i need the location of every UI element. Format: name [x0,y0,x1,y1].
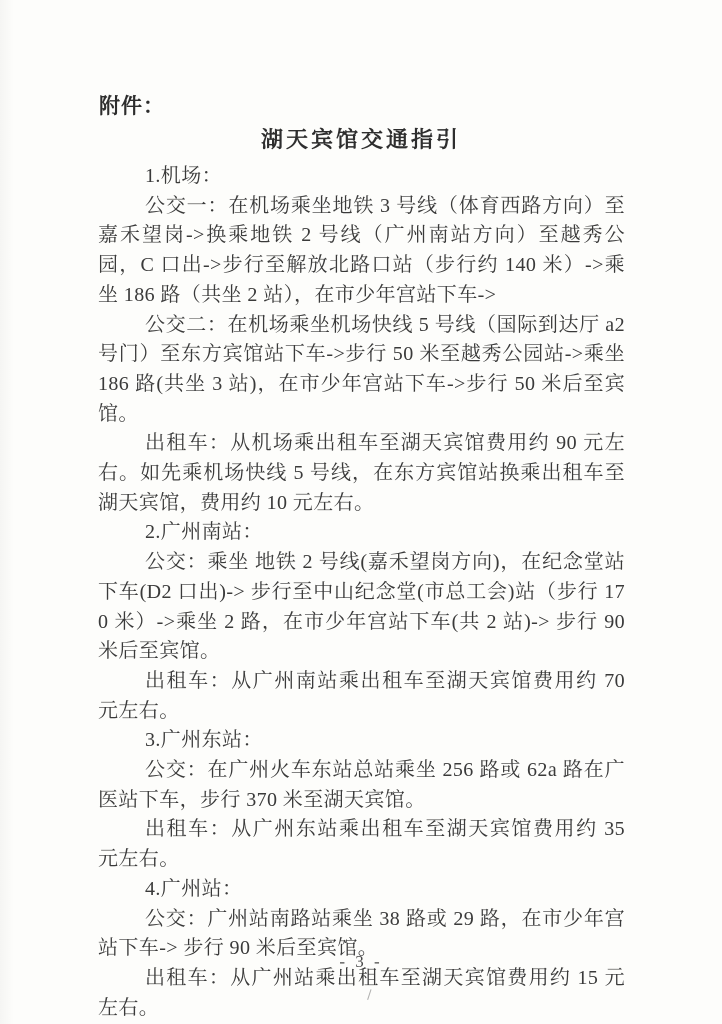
section-heading: 2.广州南站： [98,518,625,548]
section-heading: 4.广州站： [98,875,625,905]
transport-guide-body: 1.机场： 公交一：在机场乘坐地铁 3 号线（体育西路方向）至嘉禾望岗->换乘地… [98,162,625,1023]
section-heading: 1.机场： [98,162,625,192]
paragraph-taxi: 出租车：从广州东站乘出租车至湖天宾馆费用约 35 元左右。 [98,815,625,874]
paragraph-bus-route-2: 公交二：在机场乘坐机场快线 5 号线（国际到达厅 a2 号门）至东方宾馆站下车-… [98,311,625,430]
page-number: - 3 - [0,950,722,974]
section-guangzhou-south-station: 2.广州南站： 公交：乘坐 地铁 2 号线(嘉禾望岗方向)，在纪念堂站下车(D2… [98,518,625,726]
document-page: 附件： 湖天宾馆交通指引 1.机场： 公交一：在机场乘坐地铁 3 号线（体育西路… [0,0,722,1024]
paragraph-bus-route-1: 公交一：在机场乘坐地铁 3 号线（体育西路方向）至嘉禾望岗->换乘地铁 2 号线… [98,192,625,311]
paragraph-taxi: 出租车：从广州南站乘出租车至湖天宾馆费用约 70 元左右。 [98,667,625,726]
section-airport: 1.机场： 公交一：在机场乘坐地铁 3 号线（体育西路方向）至嘉禾望岗->换乘地… [98,162,625,518]
attachment-label: 附件： [99,92,165,122]
page-title: 湖天宾馆交通指引 [0,124,722,156]
paragraph-bus-route: 公交：乘坐 地铁 2 号线(嘉禾望岗方向)，在纪念堂站下车(D2 口出)-> 步… [98,548,625,667]
paragraph-bus-route: 公交：在广州火车东站总站乘坐 256 路或 62a 路在广医站下车，步行 370… [98,756,625,815]
section-heading: 3.广州东站： [98,726,625,756]
section-guangzhou-east-station: 3.广州东站： 公交：在广州火车东站总站乘坐 256 路或 62a 路在广医站下… [98,726,625,875]
paragraph-taxi: 出租车：从机场乘出租车至湖天宾馆费用约 90 元左右。如先乘机场快线 5 号线，… [98,429,625,518]
